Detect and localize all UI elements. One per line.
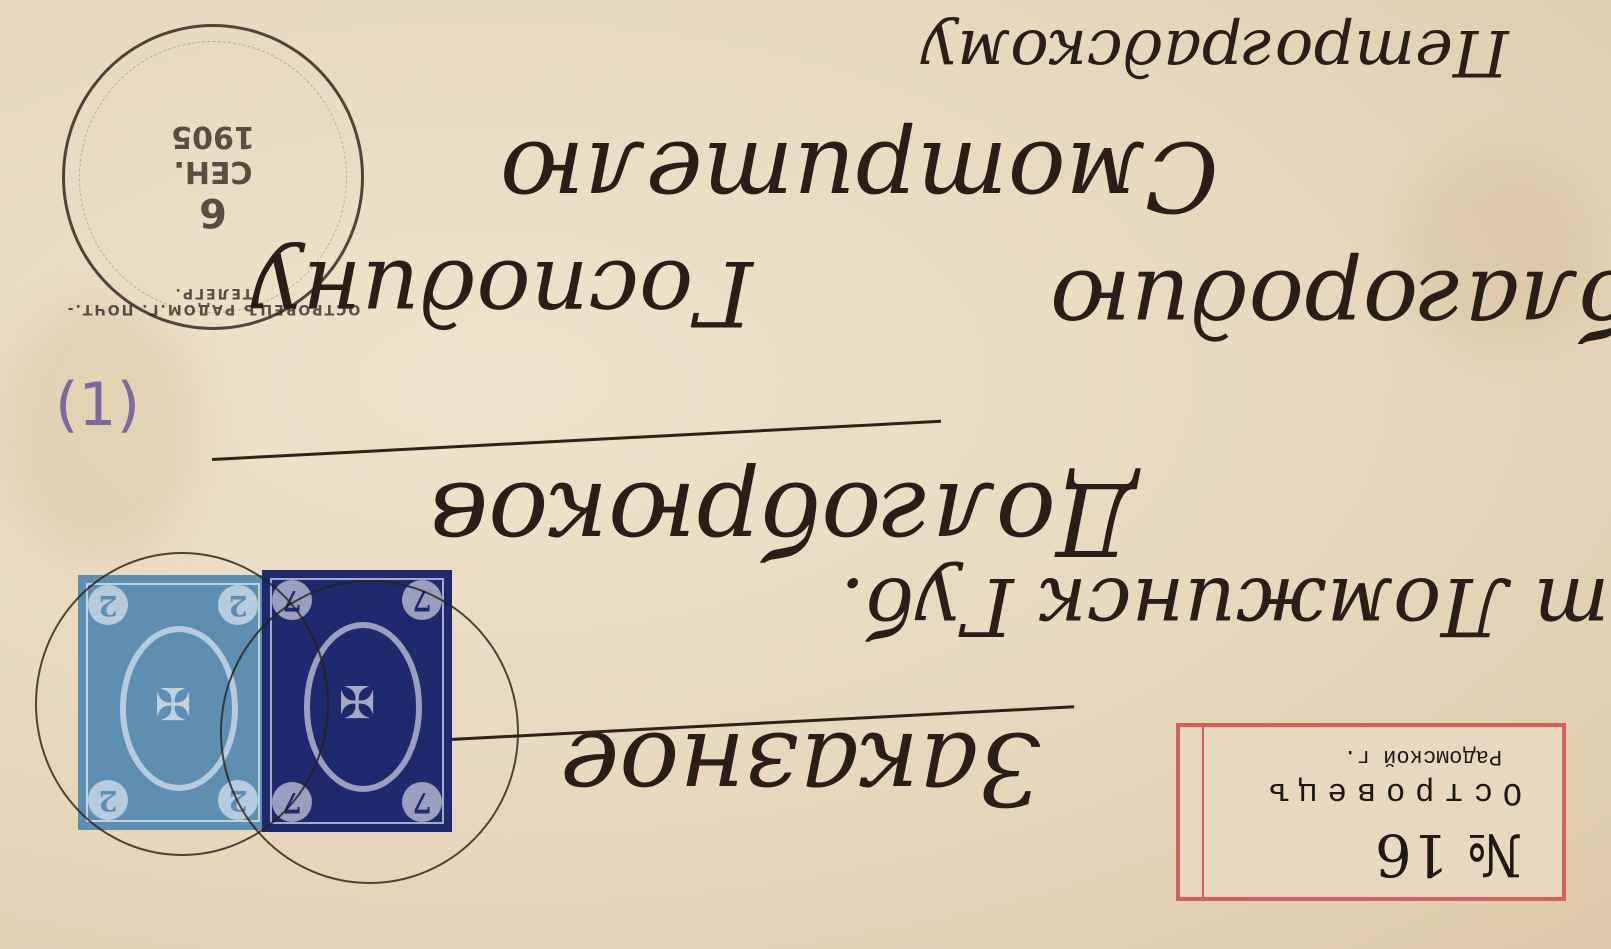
label-tab	[1176, 723, 1204, 901]
manuscript-line: Господину	[250, 240, 753, 345]
manuscript-line: Смотрителю	[500, 120, 1219, 232]
postmark-month: СЕН.	[174, 154, 253, 189]
registration-label: № 16 Островецъ Радомской г.	[1176, 723, 1566, 901]
registration-number: № 16	[1375, 821, 1522, 889]
postmark-cancel	[220, 580, 519, 884]
manuscript-line: Петроградскому	[920, 15, 1509, 89]
underline	[212, 420, 941, 461]
manuscript-line: от Ломжинск Губ.	[840, 560, 1611, 653]
envelope: ОСТРОВЕЦЪ РАДОМ.Г. ПОЧТ.-ТЕЛЕГР. 6 СЕН. …	[0, 0, 1611, 949]
postmark-day: 6	[199, 189, 227, 235]
manuscript-line: Его Высокоблагородию	[1050, 250, 1611, 357]
registration-town: Островецъ	[1259, 774, 1522, 811]
registration-district: Радомской г.	[1344, 744, 1502, 769]
postmark-year: 1905	[171, 119, 255, 154]
pencil-mark: (1)	[55, 370, 140, 440]
